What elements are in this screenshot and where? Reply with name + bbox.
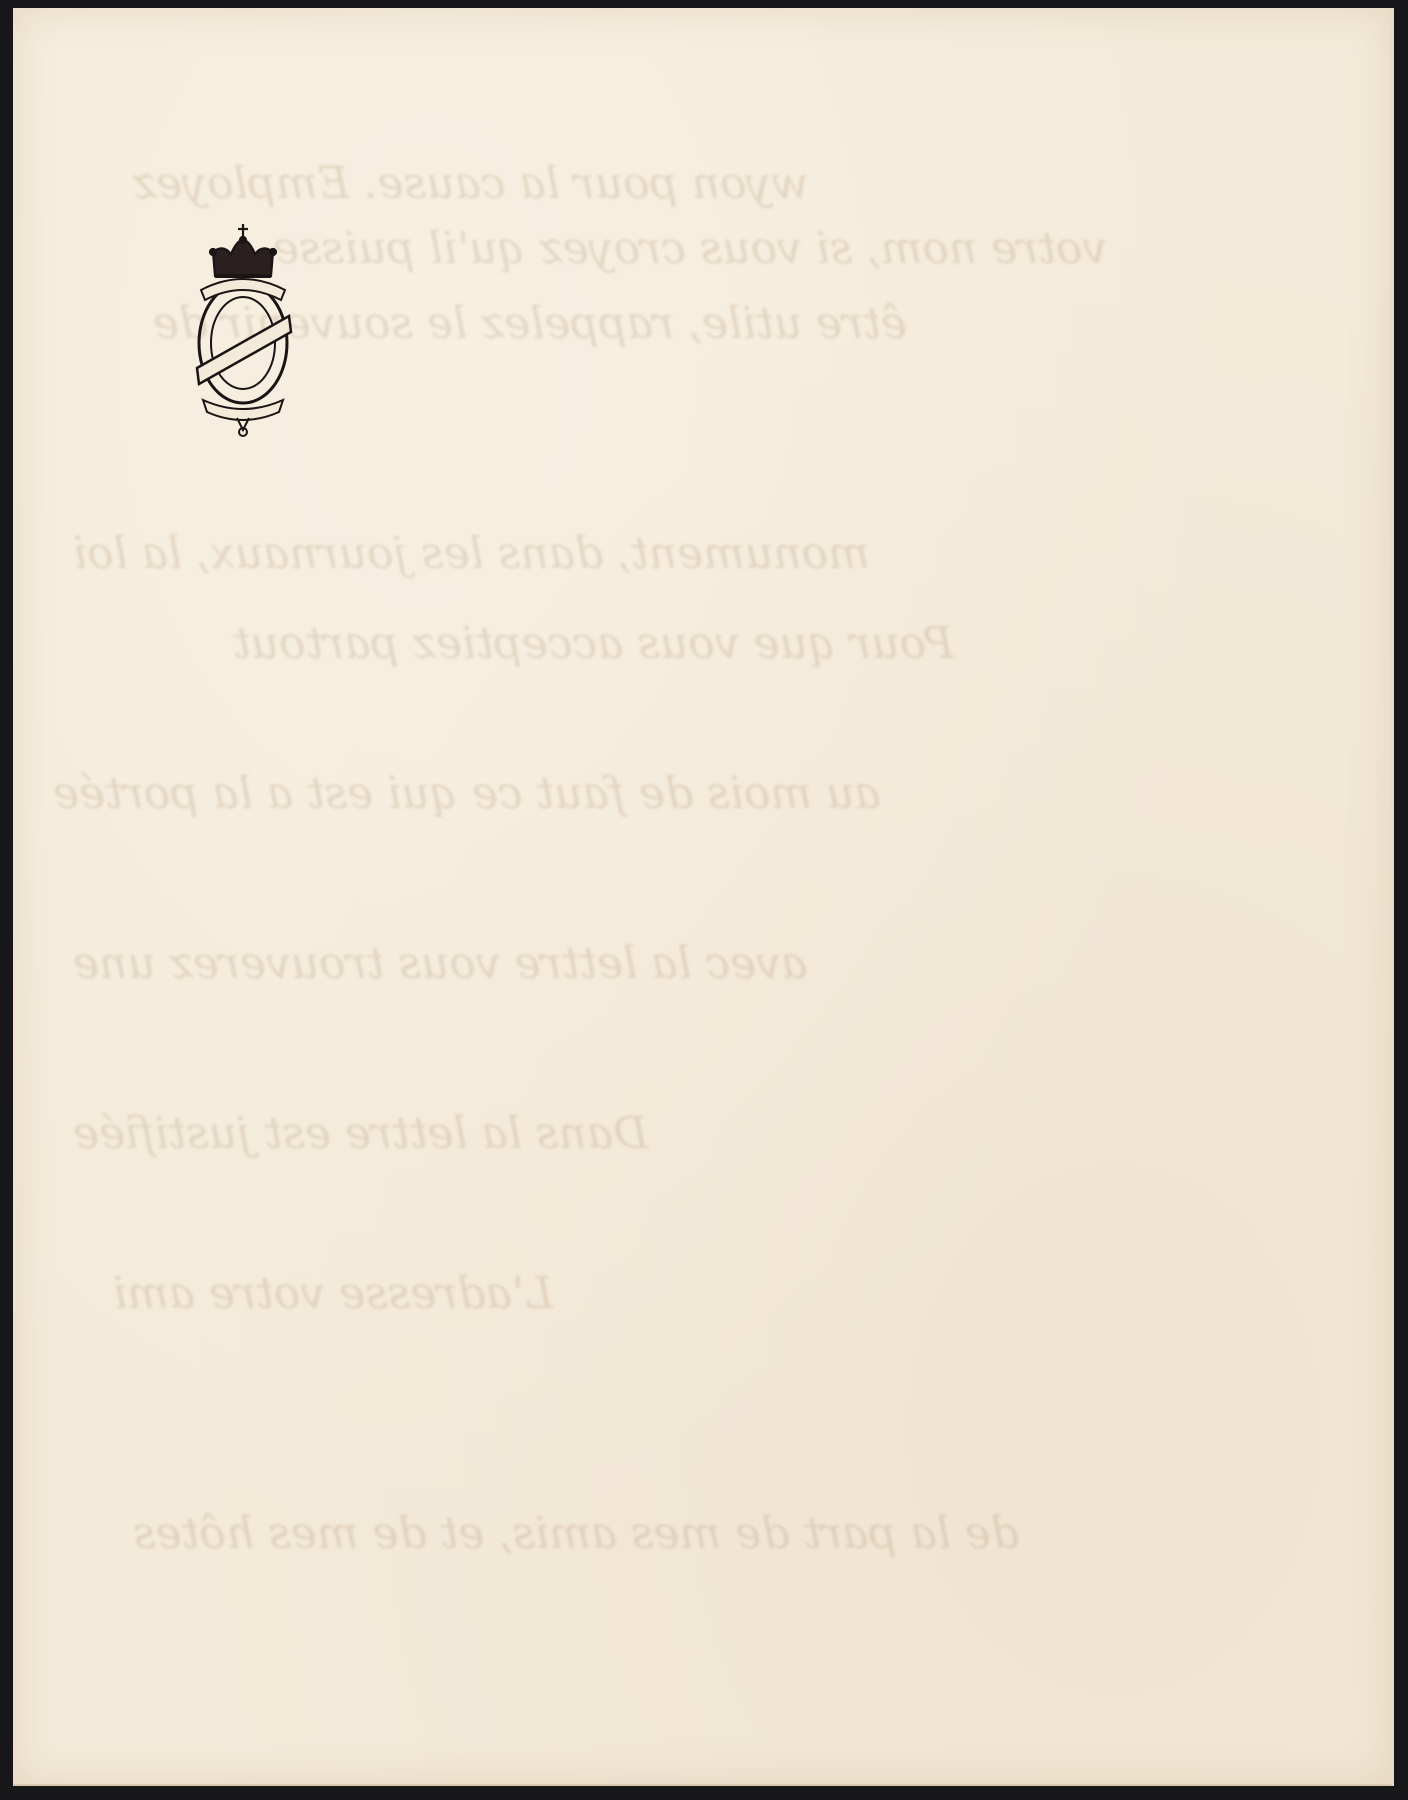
scanned-letter: wyon pour la cause. Employez votre nom, …: [0, 0, 1408, 1800]
library-stamp-icon: [193, 218, 293, 438]
bleed-through-text: wyon pour la cause. Employez: [133, 158, 809, 209]
bleed-through-text: au mois de faut ce qui est a la portée: [53, 768, 881, 819]
bleed-through-text: Pour que vous acceptiez partout: [233, 618, 954, 669]
bleed-through-text: monument, dans les journaux, la loi: [73, 528, 870, 579]
bleed-through-text: votre nom, si vous croyez qu'il puisse: [273, 223, 1107, 274]
bleed-through-text: Dans la lettre est justifiée: [73, 1108, 648, 1159]
bleed-through-text: L'adresse votre ami: [113, 1268, 553, 1319]
bleed-through-text: de la part de mes amis, et de mes hôtes: [133, 1508, 1019, 1559]
bleed-through-text: avec la lettre vous trouverez une: [73, 938, 807, 989]
letter-page: wyon pour la cause. Employez votre nom, …: [13, 8, 1394, 1786]
